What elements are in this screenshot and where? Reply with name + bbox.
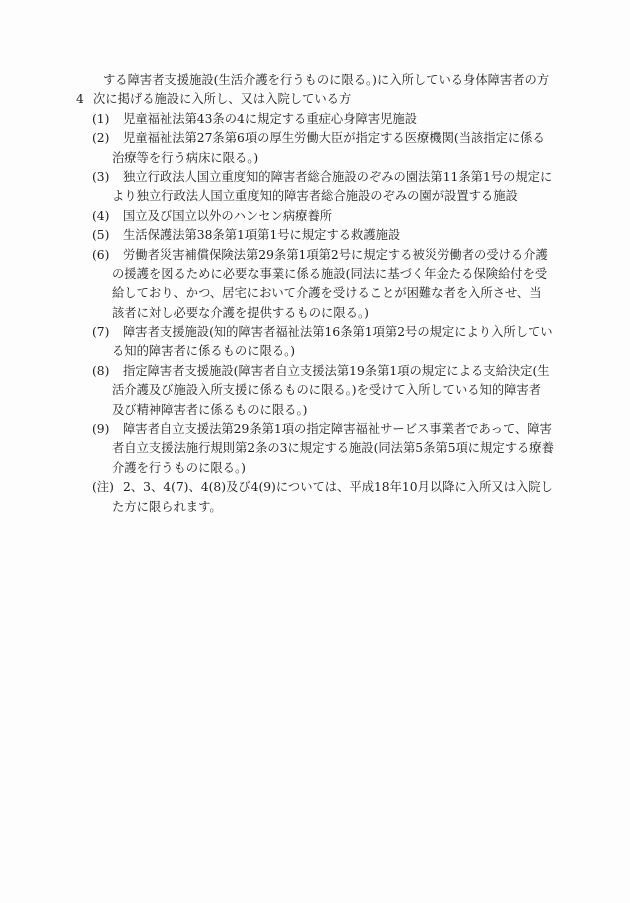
intro-continuation-line: する障害者支援施設(生活介護を行うものに限る。)に入所している身体障害者の方 [0,71,630,90]
item-line: (7)障害者支援施設(知的障害者福祉法第16条第1項第2号の規定により入所してい [0,323,630,342]
item-continuation-line: る知的障害者に係るものに限る。) [0,342,630,361]
item-continuation-line: より独立行政法人国立重度知的障害者総合施設のぞみの園が設置する施設 [0,187,630,206]
note-continuation-line: た方に限られます。 [0,498,630,517]
item-text: 生活保護法第38条第1項第1号に規定する救護施設 [123,228,400,242]
document-body: する障害者支援施設(生活介護を行うものに限る。)に入所している身体障害者の方 4… [0,71,630,517]
item-marker: (7) [92,323,123,342]
item-line: (5)生活保護法第38条第1項第1号に規定する救護施設 [0,226,630,245]
item-continuation-line: 該者に対し必要な介護を提供するものに限る。) [0,304,630,323]
list-item-1: (1)児童福祉法第43条の4に規定する重症心身障害児施設 [0,110,630,129]
item-line: (6)労働者災害補償保険法第29条第1項第2号に規定する被災労働者の受ける介護 [0,246,630,265]
note-line: (注)2、3、4(7)、4(8)及び4(9)については、平成18年10月以降に入… [0,478,630,497]
document-page: する障害者支援施設(生活介護を行うものに限る。)に入所している身体障害者の方 4… [0,0,630,903]
note-text: 2、3、4(7)、4(8)及び4(9)については、平成18年10月以降に入所又は… [123,480,553,494]
item-line: (2)児童福祉法第27条第6項の厚生労働大臣が指定する医療機関(当該指定に係る [0,129,630,148]
item-line: (4)国立及び国立以外のハンセン病療養所 [0,207,630,226]
item-continuation-line: 給しており、かつ、居宅において介護を受けることが困難な者を入所させ、当 [0,284,630,303]
item-text: 労働者災害補償保険法第29条第1項第2号に規定する被災労働者の受ける介護 [123,248,548,262]
section-title: 次に掲げる施設に入所し、又は入院している方 [93,92,351,106]
list-item-5: (5)生活保護法第38条第1項第1号に規定する救護施設 [0,226,630,245]
item-text: 障害者自立支援法第29条第1項の指定障害福祉サービス事業者であって、障害 [123,422,552,436]
item-line: (8)指定障害者支援施設(障害者自立支援法第19条第1項の規定による支給決定(生 [0,362,630,381]
item-marker: (9) [92,420,123,439]
item-marker: (8) [92,362,123,381]
item-text: 障害者支援施設(知的障害者福祉法第16条第1項第2号の規定により入所してい [123,325,553,339]
item-continuation-line: 及び精神障害者に係るものに限る。) [0,401,630,420]
item-continuation-line: 治療等を行う病床に限る。) [0,149,630,168]
list-item-3: (3)独立行政法人国立重度知的障害者総合施設のぞみの園法第11条第1号の規定に … [0,168,630,207]
list-item-8: (8)指定障害者支援施設(障害者自立支援法第19条第1項の規定による支給決定(生… [0,362,630,420]
list-item-2: (2)児童福祉法第27条第6項の厚生労働大臣が指定する医療機関(当該指定に係る … [0,129,630,168]
list-item-9: (9)障害者自立支援法第29条第1項の指定障害福祉サービス事業者であって、障害 … [0,420,630,478]
item-marker: (2) [92,129,123,148]
item-line: (9)障害者自立支援法第29条第1項の指定障害福祉サービス事業者であって、障害 [0,420,630,439]
item-marker: (5) [92,226,123,245]
item-marker: (3) [92,168,123,187]
item-text: 指定障害者支援施設(障害者自立支援法第19条第1項の規定による支給決定(生 [123,364,550,378]
item-line: (3)独立行政法人国立重度知的障害者総合施設のぞみの園法第11条第1号の規定に [0,168,630,187]
list-item-6: (6)労働者災害補償保険法第29条第1項第2号に規定する被災労働者の受ける介護 … [0,246,630,324]
note-item: (注)2、3、4(7)、4(8)及び4(9)については、平成18年10月以降に入… [0,478,630,517]
item-text: 独立行政法人国立重度知的障害者総合施設のぞみの園法第11条第1号の規定に [123,170,552,184]
item-line: (1)児童福祉法第43条の4に規定する重症心身障害児施設 [0,110,630,129]
item-text: 児童福祉法第43条の4に規定する重症心身障害児施設 [123,112,417,126]
item-continuation-line: 介護を行うものに限る。) [0,459,630,478]
item-text: 児童福祉法第27条第6項の厚生労働大臣が指定する医療機関(当該指定に係る [123,131,545,145]
item-marker: (6) [92,246,123,265]
item-continuation-line: 活介護及び施設入所支援に係るものに限る。)を受けて入所している知的障害者 [0,381,630,400]
item-continuation-line: 者自立支援法施行規則第2条の3に規定する施設(同法第5条第5項に規定する療養 [0,439,630,458]
note-marker: (注) [92,478,123,497]
item-continuation-line: の援護を図るために必要な事業に係る施設(同法に基づく年金たる保険給付を受 [0,265,630,284]
item-marker: (1) [92,110,123,129]
section-4-heading: 4次に掲げる施設に入所し、又は入院している方 [0,90,630,109]
item-text: 国立及び国立以外のハンセン病療養所 [123,209,332,223]
list-item-7: (7)障害者支援施設(知的障害者福祉法第16条第1項第2号の規定により入所してい… [0,323,630,362]
list-item-4: (4)国立及び国立以外のハンセン病療養所 [0,207,630,226]
section-number: 4 [76,90,93,109]
item-marker: (4) [92,207,123,226]
